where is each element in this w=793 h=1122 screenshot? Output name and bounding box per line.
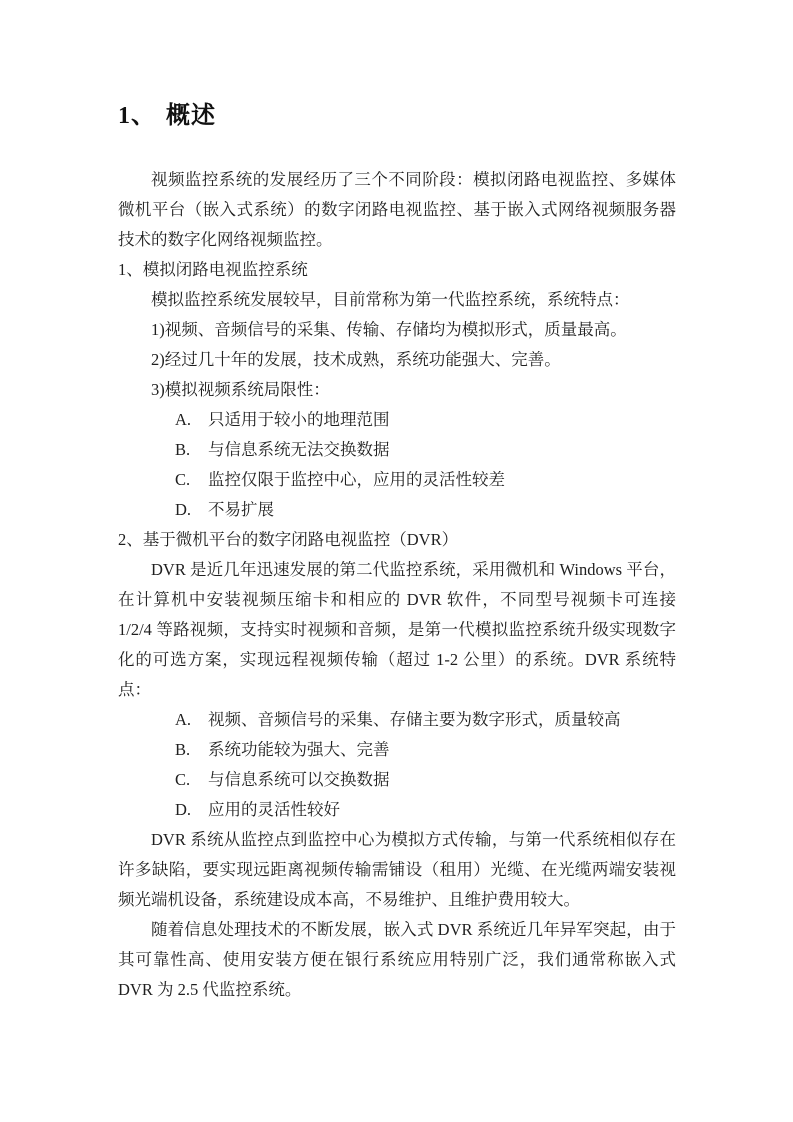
letter-text: 与信息系统无法交换数据 <box>208 440 390 459</box>
letter-text: 监控仅限于监控中心，应用的灵活性较差 <box>208 470 505 489</box>
letter-marker: C. <box>175 765 197 795</box>
letter-item-a1: A.只适用于较小的地理范围 <box>118 405 676 435</box>
letter-item-c2: C.与信息系统可以交换数据 <box>118 765 676 795</box>
letter-item-d2: D.应用的灵活性较好 <box>118 795 676 825</box>
paragraph-embedded-dvr: 随着信息处理技术的不断发展，嵌入式 DVR 系统近几年异军突起，由于其可靠性高、… <box>118 915 676 1005</box>
section-heading-1: 1、模拟闭路电视监控系统 <box>118 255 676 285</box>
letter-marker: D. <box>175 795 197 825</box>
letter-text: 只适用于较小的地理范围 <box>208 410 390 429</box>
section-heading-2: 2、基于微机平台的数字闭路电视监控（DVR） <box>118 525 676 555</box>
letter-marker: B. <box>175 435 197 465</box>
letter-text: 不易扩展 <box>208 500 274 519</box>
page-title-text: 概述 <box>166 103 216 129</box>
letter-item-d1: D.不易扩展 <box>118 495 676 525</box>
document-body: 视频监控系统的发展经历了三个不同阶段：模拟闭路电视监控、多媒体微机平台（嵌入式系… <box>118 165 676 1005</box>
letter-text: 系统功能较为强大、完善 <box>208 740 390 759</box>
page-title-number: 1、 <box>118 103 156 129</box>
letter-marker: B. <box>175 735 197 765</box>
paragraph-dvr-intro: DVR 是近几年迅速发展的第二代监控系统，采用微机和 Windows 平台，在计… <box>118 555 676 705</box>
letter-marker: D. <box>175 495 197 525</box>
letter-text: 应用的灵活性较好 <box>208 800 340 819</box>
document-page: 1、概述 视频监控系统的发展经历了三个不同阶段：模拟闭路电视监控、多媒体微机平台… <box>0 0 793 1122</box>
letter-item-b2: B.系统功能较为强大、完善 <box>118 735 676 765</box>
letter-text: 视频、音频信号的采集、存储主要为数字形式，质量较高 <box>208 710 621 729</box>
sub-item-2: 2)经过几十年的发展，技术成熟，系统功能强大、完善。 <box>118 345 676 375</box>
letter-item-b1: B.与信息系统无法交换数据 <box>118 435 676 465</box>
letter-item-c1: C.监控仅限于监控中心，应用的灵活性较差 <box>118 465 676 495</box>
letter-marker: C. <box>175 465 197 495</box>
page-title: 1、概述 <box>118 100 676 133</box>
sub-item-3: 3)模拟视频系统局限性： <box>118 375 676 405</box>
letter-marker: A. <box>175 705 197 735</box>
paragraph-intro: 视频监控系统的发展经历了三个不同阶段：模拟闭路电视监控、多媒体微机平台（嵌入式系… <box>118 165 676 255</box>
paragraph-dvr-drawbacks: DVR 系统从监控点到监控中心为模拟方式传输，与第一代系统相似存在许多缺陷，要实… <box>118 825 676 915</box>
letter-text: 与信息系统可以交换数据 <box>208 770 390 789</box>
paragraph-analog-intro: 模拟监控系统发展较早，目前常称为第一代监控系统，系统特点： <box>118 285 676 315</box>
sub-item-1: 1)视频、音频信号的采集、传输、存储均为模拟形式，质量最高。 <box>118 315 676 345</box>
letter-item-a2: A.视频、音频信号的采集、存储主要为数字形式，质量较高 <box>118 705 676 735</box>
letter-marker: A. <box>175 405 197 435</box>
